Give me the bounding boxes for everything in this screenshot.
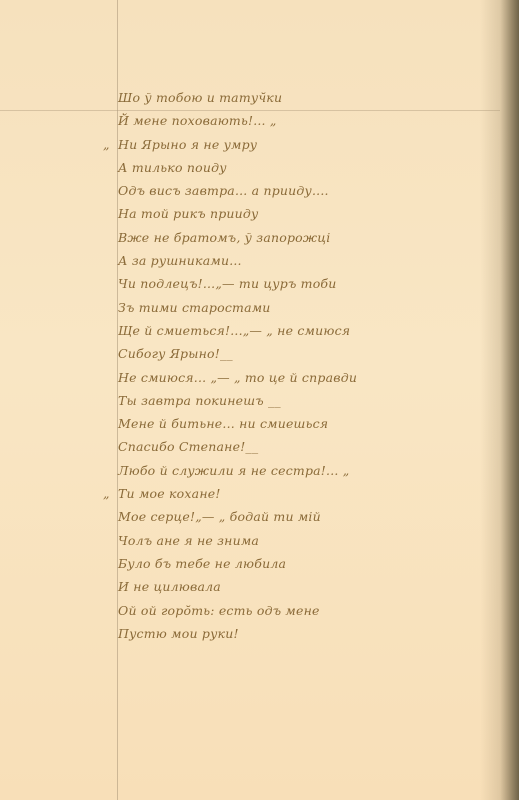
manuscript-line-text: Чи подлецъ!...„— ти цуръ тоби xyxy=(118,272,337,295)
manuscript-line: Зъ тими старостами xyxy=(118,296,488,319)
manuscript-line: Вже не братомъ, ў запорожцi xyxy=(118,226,488,249)
manuscript-line-text: Мене й битьне... ни смиешься xyxy=(118,412,328,435)
manuscript-line: Мое серце!„— „ бодай ти мiй xyxy=(118,505,488,528)
manuscript-line-text: Спасибо Степане!__ xyxy=(118,435,258,458)
manuscript-line-text: Ты завтра покинешъ __ xyxy=(118,389,281,412)
manuscript-line: Було бъ тебе не любила xyxy=(118,552,488,575)
manuscript-line: А за рушниками... xyxy=(118,249,488,272)
manuscript-line-text: Й мене поховають!... „ xyxy=(118,109,277,132)
manuscript-line: А тилько поиду xyxy=(118,156,488,179)
manuscript-line-text: Любо й служили я не сестра!... „ xyxy=(118,459,349,482)
manuscript-line-text: Зъ тими старостами xyxy=(118,296,271,319)
opening-quote-mark: „ xyxy=(103,482,110,505)
manuscript-line-text: А тилько поиду xyxy=(118,156,227,179)
manuscript-line: Сибогу Ярыно!__ xyxy=(118,342,488,365)
manuscript-line: Мене й битьне... ни смиешься xyxy=(118,412,488,435)
manuscript-line-text: На той рикъ прииду xyxy=(118,202,258,225)
opening-quote-mark: „ xyxy=(103,133,110,156)
manuscript-line-text: Було бъ тебе не любила xyxy=(118,552,286,575)
manuscript-line: Ще й смиеться!...„— „ не смиюся xyxy=(118,319,488,342)
manuscript-line-text: Одъ висъ завтра... а прииду.... xyxy=(118,179,329,202)
manuscript-line: Ты завтра покинешъ __ xyxy=(118,389,488,412)
manuscript-line: Спасибо Степане!__ xyxy=(118,435,488,458)
manuscript-line-text: Ой ой горо̆ть: есть одъ мене xyxy=(118,599,320,622)
manuscript-line: Пустю мои руки! xyxy=(118,622,488,645)
manuscript-line-text: Ни Ярыно я не умру xyxy=(118,133,257,156)
manuscript-line: И не цилювала xyxy=(118,575,488,598)
manuscript-line: Чи подлецъ!...„— ти цуръ тоби xyxy=(118,272,488,295)
manuscript-line-text: Ще й смиеться!...„— „ не смиюся xyxy=(118,319,350,342)
manuscript-line: „Ти мое кохане! xyxy=(118,482,488,505)
manuscript-line-text: Пустю мои руки! xyxy=(118,622,239,645)
manuscript-line: „Ни Ярыно я не умру xyxy=(118,133,488,156)
manuscript-line-text: Мое серце!„— „ бодай ти мiй xyxy=(118,505,321,528)
manuscript-line: Чолъ ане я не знима xyxy=(118,529,488,552)
manuscript-line-text: Ти мое кохане! xyxy=(118,482,221,505)
manuscript-line: Й мене поховають!... „ xyxy=(118,109,488,132)
manuscript-line-text: Вже не братомъ, ў запорожцi xyxy=(118,226,330,249)
manuscript-line-text: Чолъ ане я не знима xyxy=(118,529,259,552)
handwritten-text-block: Шо ў тобою и татуч̆киЙ мене поховають!.… xyxy=(118,86,488,645)
manuscript-line: Одъ висъ завтра... а прииду.... xyxy=(118,179,488,202)
manuscript-line: Любо й служили я не сестра!... „ xyxy=(118,459,488,482)
manuscript-line-text: Сибогу Ярыно!__ xyxy=(118,342,233,365)
manuscript-page: Шо ў тобою и татуч̆киЙ мене поховають!.… xyxy=(0,0,519,800)
manuscript-line: На той рикъ прииду xyxy=(118,202,488,225)
manuscript-line-text: И не цилювала xyxy=(118,575,221,598)
manuscript-line-text: Не смиюся... „— „ то це й справди xyxy=(118,366,357,389)
manuscript-line: Не смиюся... „— „ то це й справди xyxy=(118,366,488,389)
manuscript-line: Ой ой горо̆ть: есть одъ мене xyxy=(118,599,488,622)
manuscript-line: Шо ў тобою и татуч̆ки xyxy=(118,86,488,109)
manuscript-line-text: Шо ў тобою и татуч̆ки xyxy=(118,86,282,109)
manuscript-line-text: А за рушниками... xyxy=(118,249,242,272)
